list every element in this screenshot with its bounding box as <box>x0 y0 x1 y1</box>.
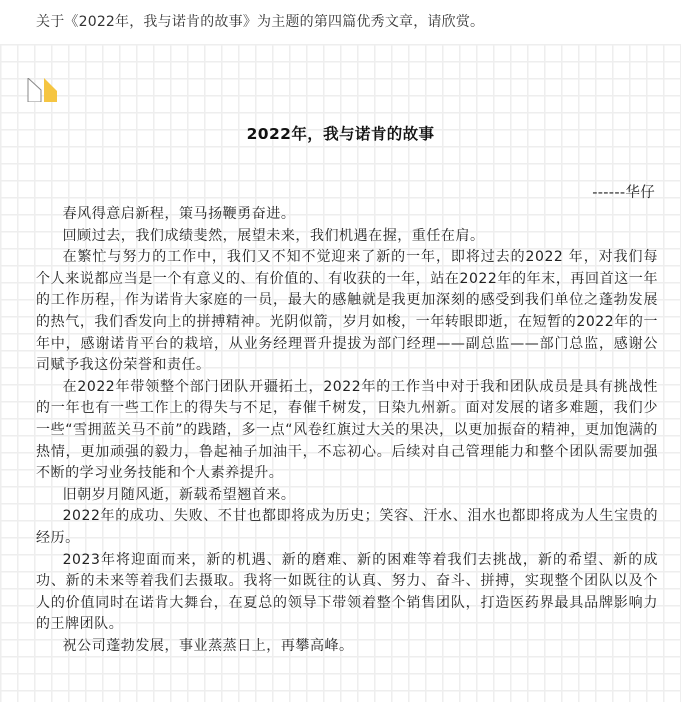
article-byline: ------华仔 <box>592 181 655 202</box>
paragraph: 在繁忙与努力的工作中，我们又不知不觉迎来了新的一年，即将过去的2022 年，对我… <box>36 247 658 377</box>
paragraph: 回顾过去，我们成绩斐然，展望未来，我们机遇在握，重任在肩。 <box>36 226 658 248</box>
article-body: 春风得意启新程，策马扬鞭勇奋进。 回顾过去，我们成绩斐然，展望未来，我们机遇在握… <box>36 204 658 657</box>
paragraph: 祝公司蓬勃发展，事业蒸蒸日上，再攀高峰。 <box>36 636 658 658</box>
article-title: 2022年，我与诺肯的故事 <box>0 122 681 144</box>
paragraph: 在2022年带领整个部门团队开疆拓土，2022年的工作当中对于我和团队成员是具有… <box>36 377 658 485</box>
bookmark-corner-icon <box>27 78 59 102</box>
intro-text: 关于《2022年，我与诺肯的故事》为主题的第四篇优秀文章，请欣赏。 <box>36 12 484 32</box>
paragraph: 2022年的成功、失败、不甘也都即将成为历史；笑容、汗水、泪水也都即将成为人生宝… <box>36 506 658 549</box>
paragraph: 春风得意启新程，策马扬鞭勇奋进。 <box>36 204 658 226</box>
paragraph: 旧朝岁月随风逝，新载希望翘首来。 <box>36 485 658 507</box>
paragraph: 2023年将迎面而来，新的机遇、新的磨难、新的困难等着我们去挑战，新的希望、新的… <box>36 550 658 636</box>
